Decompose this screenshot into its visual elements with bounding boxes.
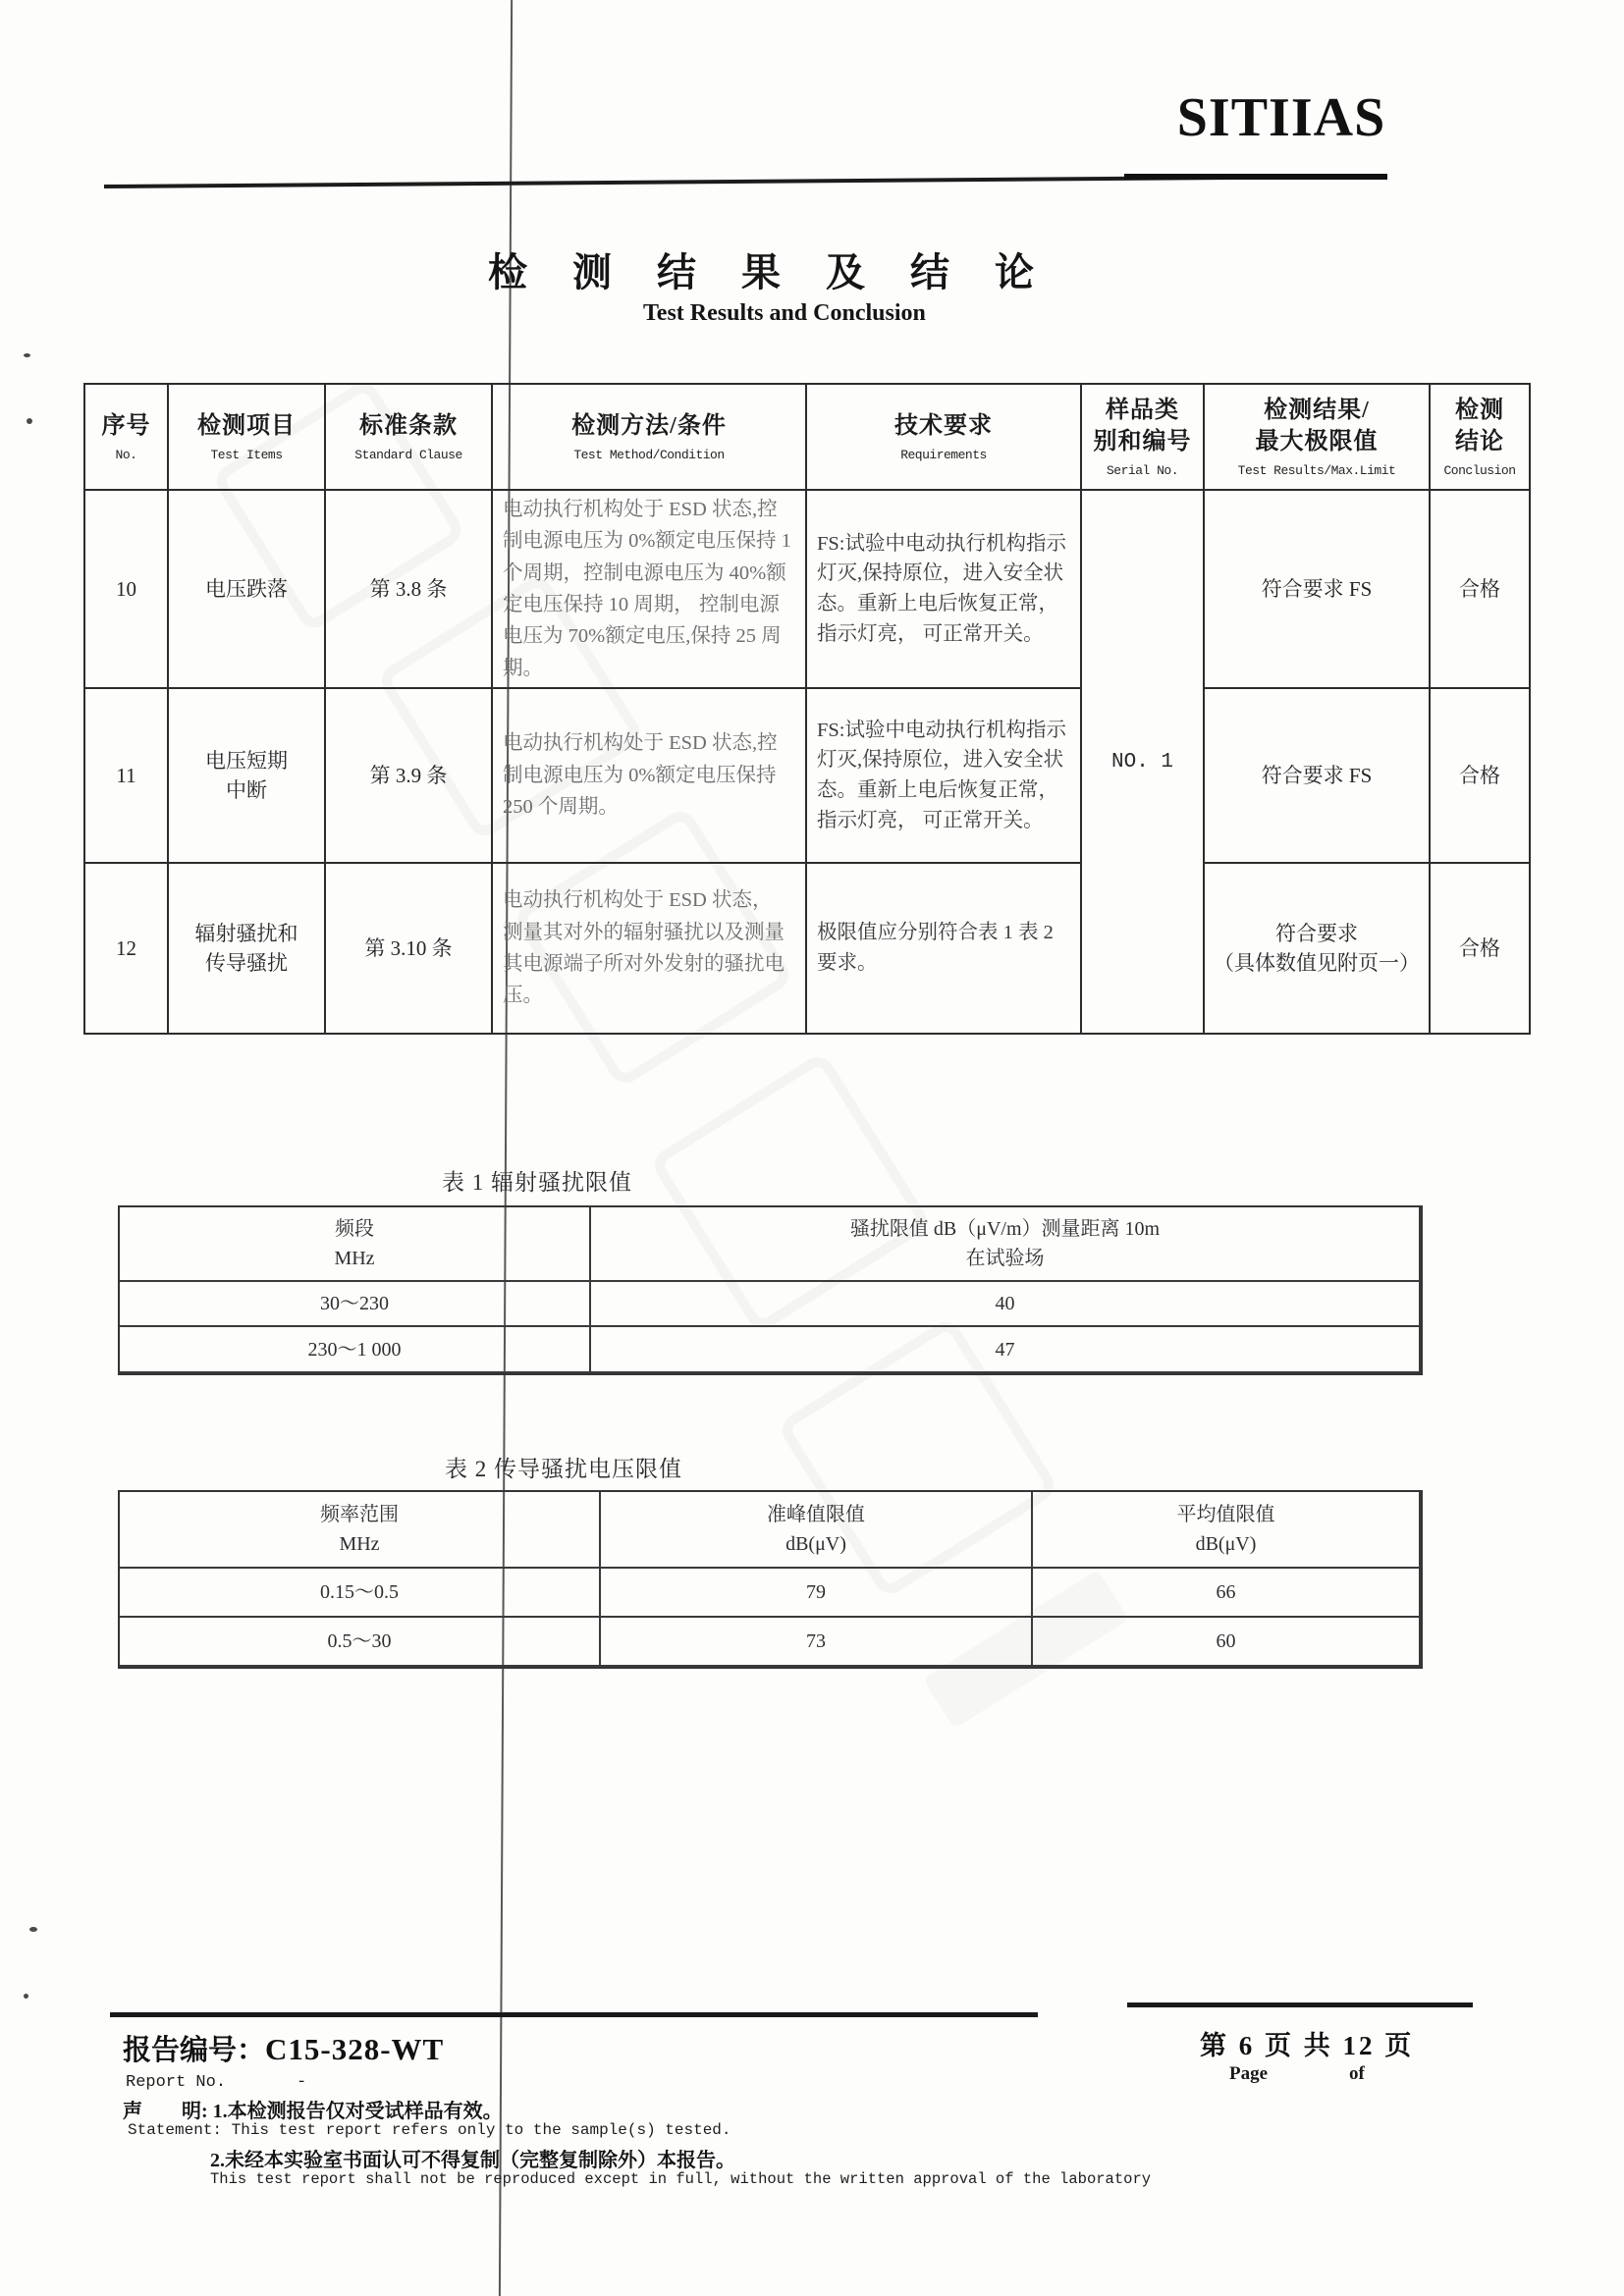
table2-title: 表 2 传导骚扰电压限值: [445, 1451, 682, 1483]
page-number-zh: 第 6 页 共 12 页: [1200, 2024, 1414, 2062]
serial-no-cell: NO. 1: [1082, 491, 1205, 1033]
table1-row2-limit: 47: [591, 1327, 1421, 1373]
table2-row1-qp: 79: [601, 1569, 1033, 1618]
report-page: SITIIAS 检 测 结 果 及 结 论 Test Results and C…: [0, 0, 1624, 2296]
table1-title: 表 1 辐射骚扰限值: [442, 1164, 632, 1197]
scan-artifact: [29, 1927, 37, 1932]
footer-rule-left: [110, 2012, 1038, 2017]
of-label: of: [1349, 2063, 1365, 2085]
table1-row1-limit: 40: [591, 1282, 1421, 1327]
statement2-en: This test report shall not be reproduced…: [210, 2170, 1151, 2188]
col-header-standard-clause: 标准条款 Standard Clause: [326, 385, 493, 491]
statement-zh: 声 明: 1.本检测报告仅对受试样品有效。: [123, 2095, 503, 2123]
scan-artifact: [24, 1994, 28, 1999]
row12-clause: 第 3.10 条: [326, 864, 493, 1033]
report-no-label: 报告编号：: [123, 2035, 265, 2066]
table2-header-range: 频率范围 MHz: [120, 1492, 601, 1569]
scan-artifact: [27, 418, 32, 424]
table1-row2-band: 230～1 000: [120, 1327, 591, 1373]
row10-result: 符合要求 FS: [1205, 491, 1431, 689]
row11-method: 电动执行机构处于 ESD 状态,控制电源电压为 0%额定电压保持 250 个周期…: [493, 689, 807, 864]
logo-underline: [1124, 174, 1387, 180]
report-no-line: 报告编号：C15-328-WT: [123, 2028, 444, 2068]
page-fold-line: [499, 0, 513, 2296]
row10-conclusion: 合格: [1431, 491, 1529, 689]
radiated-limits-table: 频段 MHz 骚扰限值 dB（μV/m）测量距离 10m 在试验场 30～230…: [118, 1205, 1423, 1375]
col-header-no: 序号 No.: [85, 385, 169, 491]
col-header-requirements: 技术要求 Requirements: [807, 385, 1082, 491]
row11-conclusion: 合格: [1431, 689, 1529, 864]
table2-header-quasi-peak: 准峰值限值 dB(μV): [601, 1492, 1033, 1569]
page-label: Page: [1229, 2063, 1268, 2085]
col-header-test-method: 检测方法/条件 Test Method/Condition: [493, 385, 807, 491]
row10-requirement: FS:试验中电动执行机构指示灯灭,保持原位，进入安全状态。重新上电后恢复正常， …: [807, 491, 1082, 689]
row12-no: 12: [85, 864, 169, 1033]
table2-row1-avg: 66: [1033, 1569, 1421, 1618]
footer-rule-right: [1127, 2002, 1473, 2007]
row11-clause: 第 3.9 条: [326, 689, 493, 864]
results-table: 序号 No. 检测项目 Test Items 标准条款 Standard Cla…: [83, 383, 1531, 1035]
row11-no: 11: [85, 689, 169, 864]
statement2-zh: 2.未经本实验室书面认可不得复制（完整复制除外）本报告。: [210, 2144, 735, 2172]
report-no-value: C15-328-WT: [265, 2032, 444, 2066]
row10-clause: 第 3.8 条: [326, 491, 493, 689]
table2-row2-avg: 60: [1033, 1618, 1421, 1667]
report-no-en-line: Report No.-: [126, 2073, 306, 2092]
statement-en: Statement: This test report refers only …: [128, 2121, 731, 2139]
col-header-conclusion: 检测 结论 Conclusion: [1431, 385, 1529, 491]
table1-header-limit: 骚扰限值 dB（μV/m）测量距离 10m 在试验场: [591, 1207, 1421, 1282]
row11-result: 符合要求 FS: [1205, 689, 1431, 864]
page-title: 检 测 结 果 及 结 论: [488, 241, 1052, 297]
table2-row2-range: 0.5～30: [120, 1618, 601, 1667]
row12-conclusion: 合格: [1431, 864, 1529, 1033]
row11-item: 电压短期 中断: [169, 689, 326, 864]
row12-method: 电动执行机构处于 ESD 状态， 测量其对外的辐射骚扰以及测量其电源端子所对外发…: [493, 864, 807, 1033]
table2-row1-range: 0.15～0.5: [120, 1569, 601, 1618]
logo-sitiias: SITIIAS: [1154, 86, 1409, 149]
row12-result: 符合要求 （具体数值见附页一）: [1205, 864, 1431, 1033]
page-subtitle: Test Results and Conclusion: [643, 300, 926, 327]
row12-requirement: 极限值应分别符合表 1 表 2 要求。: [807, 864, 1082, 1033]
table1-header-band: 频段 MHz: [120, 1207, 591, 1282]
col-header-serial-no: 样品类 别和编号 Serial No.: [1082, 385, 1205, 491]
row10-item: 电压跌落: [169, 491, 326, 689]
scan-artifact: [24, 353, 30, 357]
table2-row2-qp: 73: [601, 1618, 1033, 1667]
col-header-test-results: 检测结果/ 最大极限值 Test Results/Max.Limit: [1205, 385, 1431, 491]
table2-header-average: 平均值限值 dB(μV): [1033, 1492, 1421, 1569]
table1-row1-band: 30～230: [120, 1282, 591, 1327]
row12-item: 辐射骚扰和 传导骚扰: [169, 864, 326, 1033]
row10-method: 电动执行机构处于 ESD 状态,控制电源电压为 0%额定电压保持 1 个周期，控…: [493, 491, 807, 689]
row10-no: 10: [85, 491, 169, 689]
conducted-limits-table: 频率范围 MHz 准峰值限值 dB(μV) 平均值限值 dB(μV) 0.15～…: [118, 1490, 1423, 1669]
col-header-test-items: 检测项目 Test Items: [169, 385, 326, 491]
row11-requirement: FS:试验中电动执行机构指示灯灭,保持原位，进入安全状态。重新上电后恢复正常， …: [807, 689, 1082, 864]
